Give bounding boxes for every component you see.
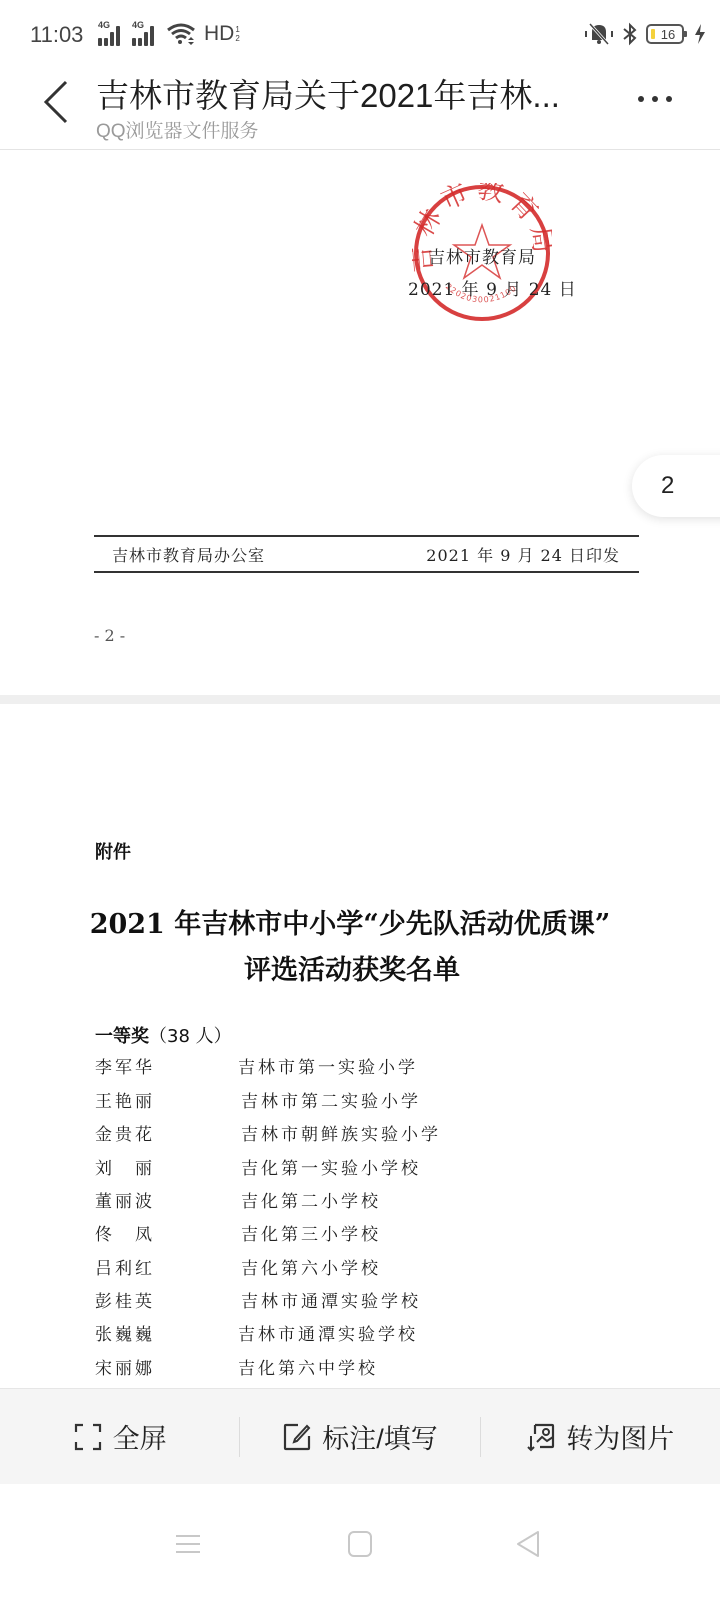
winner-school: 吉林市通潭实验学校 [241, 1287, 421, 1312]
system-navigation-bar [0, 1484, 720, 1600]
bottom-toolbar: 全屏 标注/填写 转为图片 [0, 1388, 720, 1484]
system-back-button[interactable] [508, 1524, 548, 1564]
page-separator [0, 695, 720, 704]
chevron-left-icon [36, 78, 76, 128]
wifi-icon [166, 22, 196, 46]
attachment-title-line1: 2021 年吉林市中小学“少先队活动优质课” [0, 902, 710, 941]
winner-name: 张巍巍 [95, 1320, 155, 1345]
bluetooth-icon [622, 22, 638, 46]
winner-school: 吉林市通潭实验学校 [238, 1320, 418, 1345]
winner-name: 佟 凤 [95, 1220, 155, 1245]
document-page-2 [0, 151, 720, 695]
annotate-button[interactable]: 标注/填写 [240, 1389, 479, 1484]
footer-bottom-rule [94, 571, 639, 573]
winner-school: 吉化第二小学校 [241, 1187, 381, 1212]
back-button[interactable] [36, 78, 76, 128]
status-left-icons: 4G 4G HD 1 2 [98, 22, 240, 46]
winner-school: 吉林市朝鲜族实验小学 [241, 1120, 441, 1145]
fullscreen-icon [73, 1422, 103, 1452]
winner-name: 王艳丽 [95, 1087, 155, 1112]
list-item: 佟 凤 吉化第三小学校 [95, 1220, 595, 1250]
battery-level: 16 [661, 27, 675, 42]
convert-to-image-label: 转为图片 [566, 1417, 674, 1456]
fullscreen-label: 全屏 [113, 1417, 167, 1456]
footer-top-rule [94, 535, 639, 537]
winner-school: 吉化第一实验小学校 [241, 1154, 421, 1179]
winner-name: 李军华 [95, 1053, 155, 1078]
page-indicator[interactable]: 2 [632, 455, 720, 517]
signal-label: 4G [132, 20, 144, 30]
winner-name: 金贵花 [95, 1120, 155, 1145]
convert-image-icon [526, 1422, 556, 1452]
annotate-label: 标注/填写 [322, 1417, 438, 1456]
list-item: 吕利红 吉化第六小学校 [95, 1254, 595, 1284]
attachment-label: 附件 [95, 838, 131, 864]
charging-icon [694, 24, 706, 44]
list-item: 张巍巍 吉林市通潭实验学校 [95, 1320, 595, 1350]
list-item: 宋丽娜 吉化第六中学校 [95, 1354, 595, 1384]
more-horizontal-icon [638, 96, 644, 102]
list-item: 彭桂英 吉林市通潭实验学校 [95, 1287, 595, 1317]
document-title: 吉林市教育局关于2021年吉林... [96, 70, 560, 117]
winner-name: 吕利红 [95, 1254, 155, 1279]
list-item: 李军华 吉林市第一实验小学 [95, 1053, 595, 1083]
winner-name: 董丽波 [95, 1187, 155, 1212]
fullscreen-button[interactable]: 全屏 [0, 1389, 239, 1484]
signal-label: 4G [98, 20, 110, 30]
home-button[interactable] [340, 1524, 380, 1564]
hd-sim-1: 1 [235, 25, 239, 34]
signature-date: 2021 年 9 月 24 日 [408, 275, 577, 300]
issuing-office: 吉林市教育局办公室 [112, 543, 265, 566]
winner-school: 吉林市第二实验小学 [241, 1087, 421, 1112]
attachment-title-line2: 评选活动获奖名单 [0, 948, 712, 987]
menu-icon [175, 1532, 201, 1556]
winner-school: 吉化第六中学校 [238, 1354, 378, 1379]
winner-name: 宋丽娜 [95, 1354, 155, 1379]
hd-icon: HD 1 2 [204, 22, 240, 46]
winner-school: 吉化第三小学校 [241, 1220, 381, 1245]
award-count: （38 人） [149, 1026, 232, 1047]
signature-organization: 吉林市教育局 [428, 243, 536, 268]
list-item: 董丽波 吉化第二小学校 [95, 1187, 595, 1217]
award-level: 一等奖 [95, 1026, 149, 1047]
convert-to-image-button[interactable]: 转为图片 [481, 1389, 720, 1484]
award-heading: 一等奖（38 人） [95, 1022, 232, 1048]
signal-4g-icon: 4G [98, 22, 124, 46]
document-source: QQ浏览器文件服务 [96, 116, 259, 143]
signal-4g-icon: 4G [132, 22, 158, 46]
app-header: 吉林市教育局关于2021年吉林... QQ浏览器文件服务 [0, 60, 720, 150]
list-item: 金贵花 吉林市朝鲜族实验小学 [95, 1120, 595, 1150]
home-icon [347, 1530, 373, 1558]
winner-school: 吉化第六小学校 [241, 1254, 381, 1279]
list-item: 刘 丽 吉化第一实验小学校 [95, 1154, 595, 1184]
status-time: 11:03 [30, 22, 83, 48]
winner-name: 彭桂英 [95, 1287, 155, 1312]
winner-name: 刘 丽 [95, 1154, 155, 1179]
list-item: 王艳丽 吉林市第二实验小学 [95, 1087, 595, 1117]
page-number: - 2 - [94, 626, 125, 645]
winner-school: 吉林市第一实验小学 [238, 1053, 418, 1078]
edit-icon [282, 1422, 312, 1452]
back-triangle-icon [515, 1529, 541, 1559]
more-button[interactable] [638, 96, 672, 102]
issue-date: 2021 年 9 月 24 日印发 [426, 543, 620, 566]
status-right-icons: 16 [584, 22, 706, 46]
mute-vibrate-icon [584, 22, 614, 46]
battery-icon: 16 [646, 24, 684, 44]
hd-label: HD [204, 22, 234, 46]
hd-sim-2: 2 [235, 34, 239, 43]
recent-apps-button[interactable] [168, 1524, 208, 1564]
